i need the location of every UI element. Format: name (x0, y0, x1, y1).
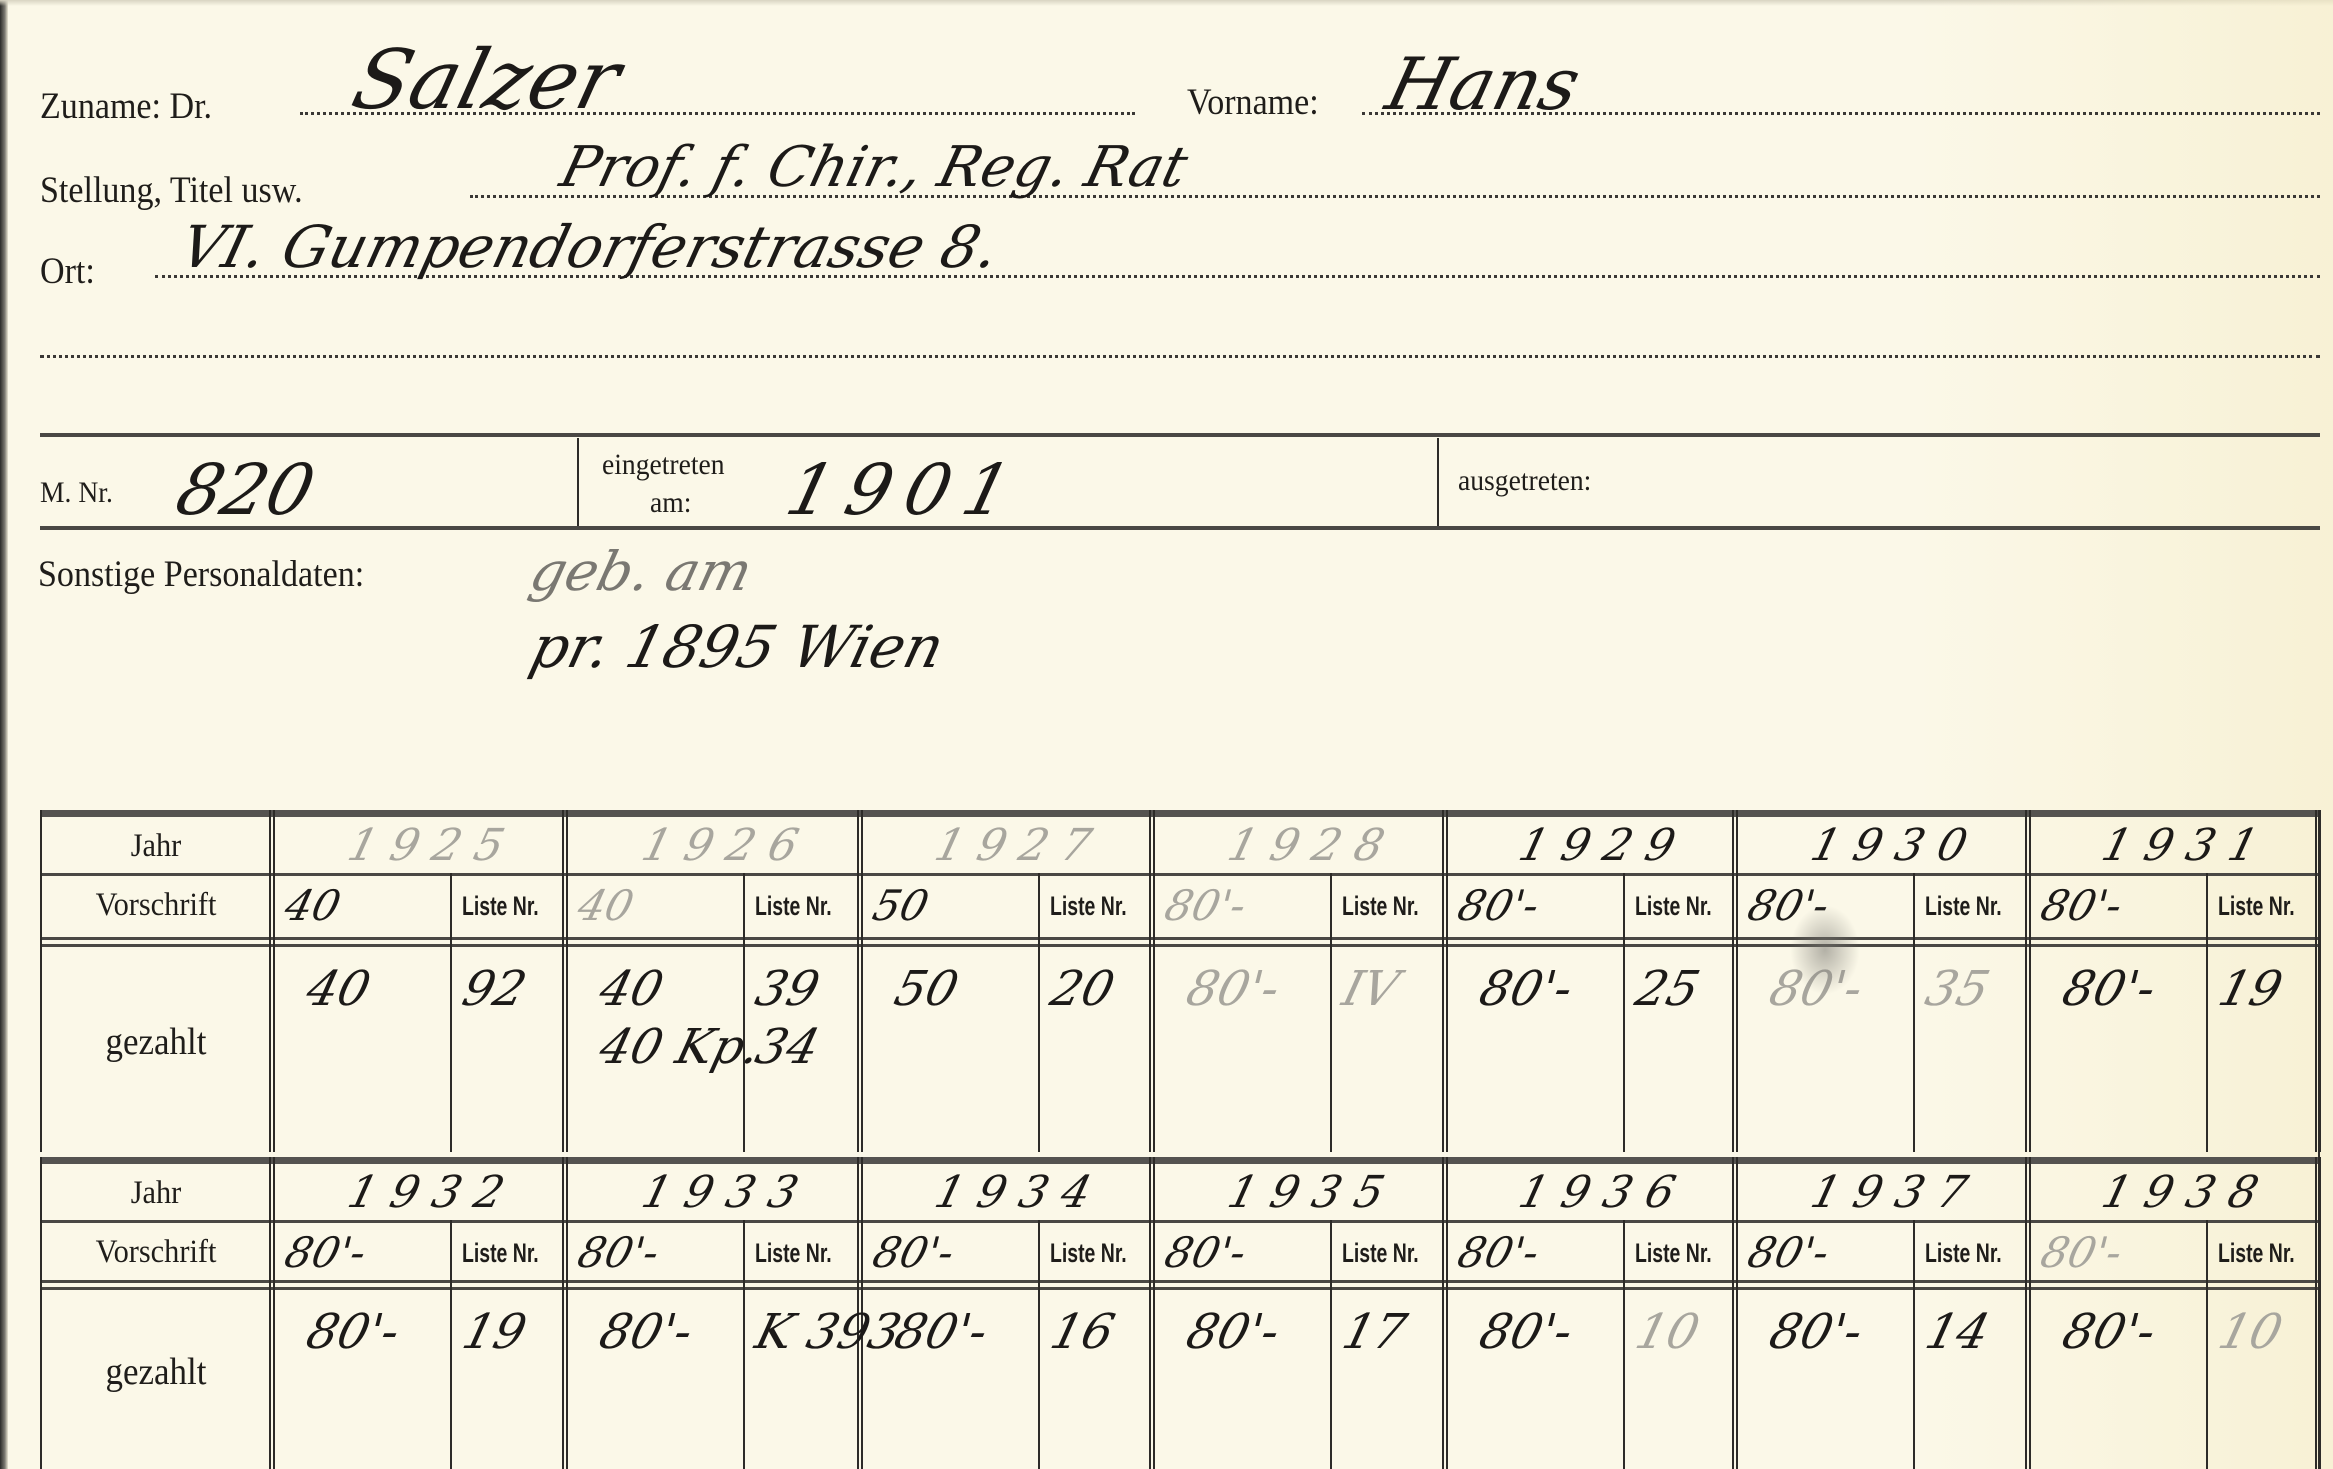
member-no-value: 820 (170, 455, 321, 525)
year-value: 1937 (1806, 1171, 1985, 1215)
list-column-border (1330, 1220, 1332, 1469)
required-row-rule-double (40, 1287, 2320, 1290)
list-no-value: 19 (2214, 965, 2287, 1013)
list-column-border (1623, 873, 1625, 1152)
paid-value: 80'- (890, 1308, 992, 1356)
list-no-value: 20 (1046, 965, 1119, 1013)
list-no-label: Liste Nr. (1925, 1240, 2002, 1267)
label-column-border (269, 1157, 275, 1469)
list-no-value: 16 (1046, 1308, 1119, 1356)
year-value: 1925 (343, 824, 522, 868)
year-value: 1928 (1223, 824, 1402, 868)
list-no-label: Liste Nr. (462, 893, 539, 920)
required-value: 80'- (281, 1232, 371, 1274)
list-no-value: 14 (1921, 1308, 1994, 1356)
list-column-border (743, 873, 745, 1152)
list-no-value: 34 (751, 1023, 824, 1071)
year-column-border (1149, 1157, 1155, 1469)
required-row-rule (40, 937, 2320, 940)
year-value: 1927 (931, 824, 1110, 868)
year-column-border (857, 810, 863, 1152)
row-label-year: Jahr (49, 830, 262, 863)
required-value: 80'- (1454, 1232, 1544, 1274)
year-column-border (562, 810, 568, 1152)
year-value: 1935 (1223, 1171, 1402, 1215)
surname-label: Zuname: Dr. (40, 88, 212, 125)
year-column-border (562, 1157, 568, 1469)
list-no-label: Liste Nr. (755, 893, 832, 920)
year-value: 1931 (2098, 824, 2277, 868)
list-column-border (450, 1220, 452, 1469)
year-column-border (2025, 810, 2031, 1152)
year-column-border (2025, 1157, 2031, 1469)
joined-label-line1: eingetreten (602, 450, 725, 480)
paid-value: 80'- (1765, 1308, 1867, 1356)
position-value: Prof. f. Chir., Reg. Rat (555, 140, 1193, 196)
surname-value: Salzer (345, 40, 628, 122)
required-value: 80'- (1161, 1232, 1251, 1274)
year-value: 1926 (637, 824, 816, 868)
place-value: VI. Gumpendorferstrasse 8. (175, 218, 1005, 276)
list-no-label: Liste Nr. (462, 1240, 539, 1267)
place-label: Ort: (40, 253, 95, 290)
row-label-year: Jahr (49, 1177, 262, 1210)
list-no-label: Liste Nr. (2218, 893, 2295, 920)
year-value: 1930 (1806, 824, 1985, 868)
ink-smudge (1790, 905, 1860, 995)
paid-value: 40 (595, 965, 668, 1013)
list-column-border (450, 873, 452, 1152)
paid-value: 80'- (2058, 1308, 2160, 1356)
list-column-border (743, 1220, 745, 1469)
joined-label-line2: am: (650, 488, 691, 518)
list-no-label: Liste Nr. (1925, 893, 2002, 920)
row-label-paid: gezahlt (49, 1353, 262, 1391)
list-no-label: Liste Nr. (1635, 1240, 1712, 1267)
personal-data-label: Sonstige Personaldaten: (38, 556, 364, 593)
list-no-value: 19 (458, 1308, 531, 1356)
list-no-value: 10 (1631, 1308, 1704, 1356)
list-no-value: IV (1338, 965, 1404, 1013)
year-value: 1929 (1515, 824, 1694, 868)
list-no-value: 39 (751, 965, 824, 1013)
paid-value: 80'- (595, 1308, 697, 1356)
list-no-label: Liste Nr. (1342, 893, 1419, 920)
required-value: 80'- (1744, 1232, 1834, 1274)
list-column-border (2206, 1220, 2208, 1469)
list-no-label: Liste Nr. (2218, 1240, 2295, 1267)
membership-top-rule (40, 433, 2320, 437)
required-value: 80'- (574, 1232, 664, 1274)
personal-data-line2: pr. 1895 Wien (525, 618, 950, 676)
paid-value: 50 (890, 965, 963, 1013)
list-no-value: 17 (1338, 1308, 1411, 1356)
list-column-border (1330, 873, 1332, 1152)
required-value: 80'- (1454, 885, 1544, 927)
required-value: 50 (869, 885, 933, 927)
row-label-required: Vorschrift (49, 1236, 262, 1269)
paid-value: 80'- (1182, 1308, 1284, 1356)
table-left-border (40, 810, 42, 1152)
left-label: ausgetreten: (1458, 466, 1591, 496)
year-column-border (1149, 810, 1155, 1152)
membership-divider-2 (1437, 438, 1439, 526)
paid-value: 40 (302, 965, 375, 1013)
year-value: 1933 (637, 1171, 816, 1215)
list-column-border (1913, 1220, 1915, 1469)
membership-bottom-rule (40, 526, 2320, 530)
personal-data-line1: geb. am (525, 545, 757, 599)
year-column-border (1732, 1157, 1738, 1469)
required-value: 40 (281, 885, 345, 927)
firstname-value: Hans (1380, 48, 1587, 120)
required-value: 80'- (869, 1232, 959, 1274)
list-column-border (2206, 873, 2208, 1152)
year-value: 1934 (931, 1171, 1110, 1215)
position-label: Stellung, Titel usw. (40, 172, 303, 209)
table-right-border (2318, 810, 2320, 1469)
list-column-border (1038, 873, 1040, 1152)
list-no-label: Liste Nr. (755, 1240, 832, 1267)
required-value: 80'- (2037, 885, 2127, 927)
year-value: 1936 (1515, 1171, 1694, 1215)
required-row-rule (40, 1280, 2320, 1283)
list-no-label: Liste Nr. (1342, 1240, 1419, 1267)
paid-value: 40 Kp. (595, 1023, 765, 1071)
year-value: 1932 (343, 1171, 522, 1215)
list-no-label: Liste Nr. (1635, 893, 1712, 920)
year-row-rule (40, 873, 2320, 876)
year-value: 1938 (2098, 1171, 2277, 1215)
paid-value: 80'- (2058, 965, 2160, 1013)
list-no-value: 35 (1921, 965, 1994, 1013)
paid-value: 80'- (1182, 965, 1284, 1013)
list-no-value: 25 (1631, 965, 1704, 1013)
membership-divider-1 (577, 438, 579, 526)
table-left-border (40, 1157, 42, 1469)
list-column-border (1623, 1220, 1625, 1469)
required-value: 80'- (2037, 1232, 2127, 1274)
member-no-label: M. Nr. (40, 478, 113, 508)
year-column-border (1442, 1157, 1448, 1469)
list-no-value: 92 (458, 965, 531, 1013)
paid-value: 80'- (302, 1308, 404, 1356)
list-no-value: K 393 (751, 1308, 906, 1356)
firstname-label: Vorname: (1187, 84, 1319, 121)
list-column-border (1913, 873, 1915, 1152)
required-row-rule-double (40, 944, 2320, 947)
year-column-border (1442, 810, 1448, 1152)
year-column-border (1732, 810, 1738, 1152)
list-no-label: Liste Nr. (1050, 1240, 1127, 1267)
paid-value: 80'- (1475, 1308, 1577, 1356)
list-no-value: 10 (2214, 1308, 2287, 1356)
required-value: 40 (574, 885, 638, 927)
list-no-label: Liste Nr. (1050, 893, 1127, 920)
blank-line (40, 355, 2320, 358)
row-label-paid: gezahlt (49, 1023, 262, 1061)
paid-value: 80'- (1475, 965, 1577, 1013)
required-value: 80'- (1161, 885, 1251, 927)
table-block-top-rule (40, 1157, 2320, 1164)
joined-value: 1901 (780, 455, 1032, 525)
list-column-border (1038, 1220, 1040, 1469)
card-edge-shadow (0, 0, 8, 1469)
year-row-rule (40, 1220, 2320, 1223)
table-block-top-rule (40, 810, 2320, 817)
label-column-border (269, 810, 275, 1152)
row-label-required: Vorschrift (49, 889, 262, 922)
